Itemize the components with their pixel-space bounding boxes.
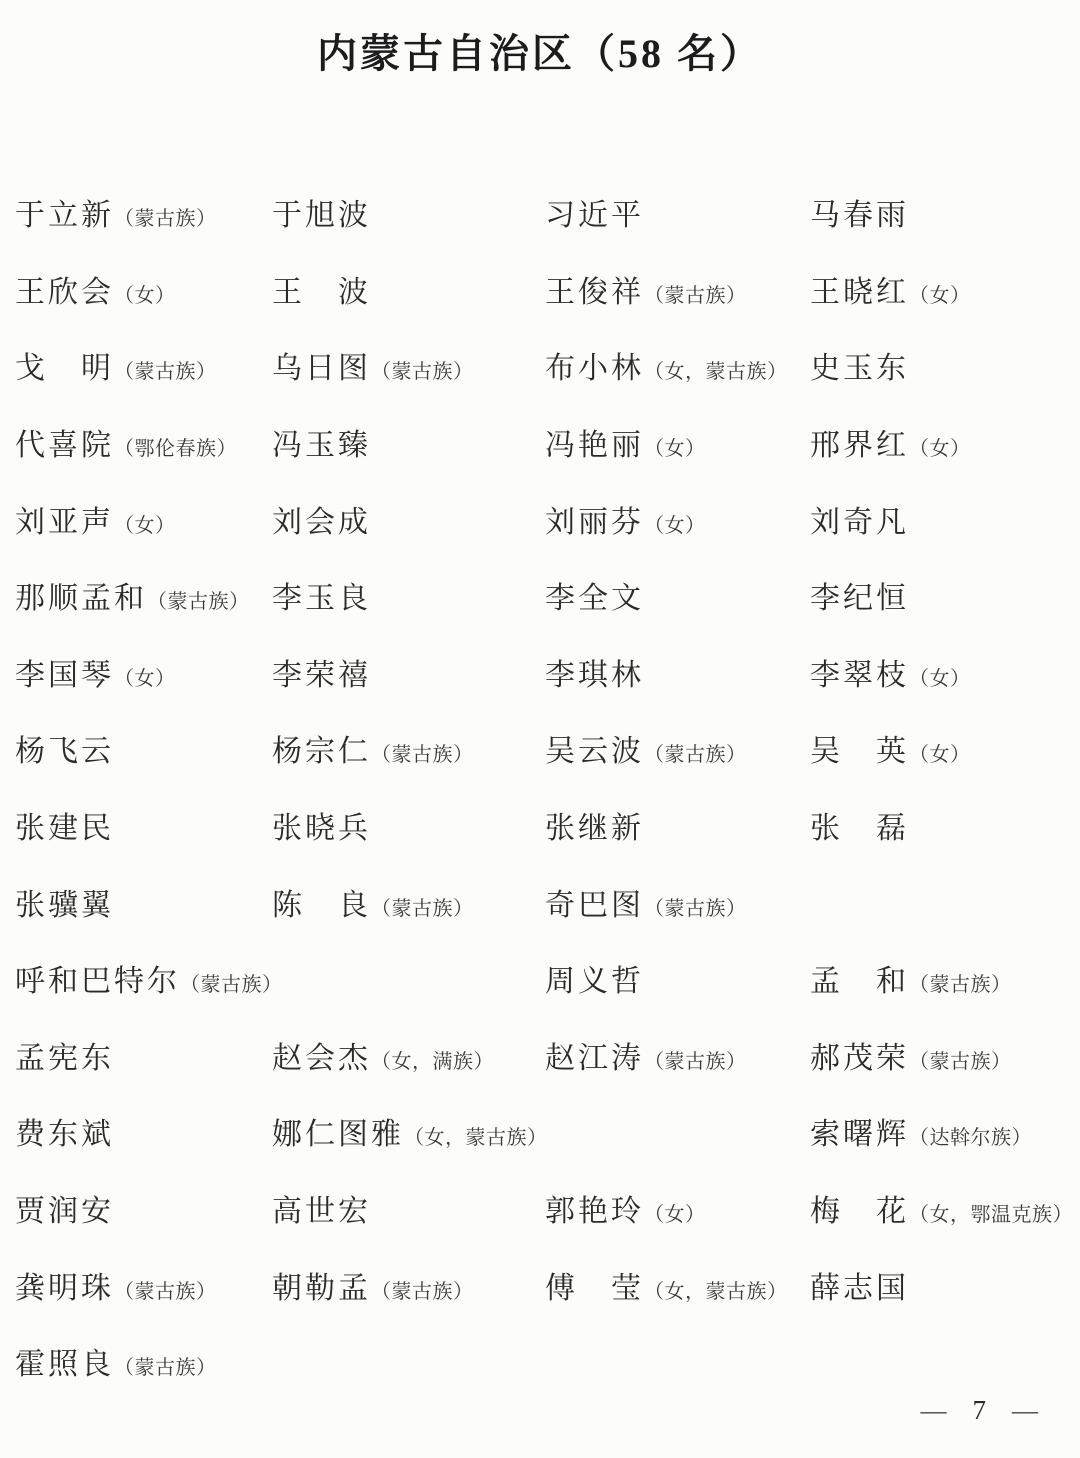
ethnicity-gender-note: （女） (909, 668, 971, 690)
delegate-name: 奇巴图 (545, 889, 644, 922)
delegate-entry: 赵江涛（蒙古族） (545, 1044, 810, 1074)
delegate-name: 王 波 (272, 276, 371, 309)
footer-dash-left: — (921, 1396, 947, 1426)
ethnicity-gender-note: （女，蒙古族） (644, 1281, 788, 1303)
ethnicity-gender-note: （蒙古族） (371, 1281, 474, 1303)
delegate-name: 刘亚声 (15, 506, 114, 539)
page-footer: — 7 — (921, 1395, 1039, 1426)
delegate-entry: 那顺孟和（蒙古族） (15, 584, 272, 614)
delegate-name: 史玉东 (810, 352, 909, 385)
delegate-name: 习近平 (545, 199, 644, 232)
delegate-entry: 娜仁图雅（女，蒙古族） (272, 1120, 545, 1150)
delegate-entry: 李国琴（女） (15, 661, 272, 691)
delegate-name: 李纪恒 (810, 582, 909, 615)
delegate-name: 贾润安 (15, 1195, 114, 1228)
delegate-name: 杨宗仁 (272, 735, 371, 768)
delegate-entry: 杨宗仁（蒙古族） (272, 737, 545, 767)
delegate-name: 李全文 (545, 582, 644, 615)
delegate-row: 霍照良（蒙古族） (15, 1327, 1075, 1404)
delegate-name: 刘丽芬 (545, 506, 644, 539)
delegate-row: 王欣会（女）王 波王俊祥（蒙古族）王晓红（女） (15, 255, 1075, 332)
delegate-entry: 乌日图（蒙古族） (272, 354, 545, 384)
ethnicity-gender-note: （女） (114, 515, 176, 537)
ethnicity-gender-note: （鄂伦春族） (114, 438, 237, 460)
delegate-row: 杨飞云杨宗仁（蒙古族）吴云波（蒙古族）吴 英（女） (15, 714, 1075, 791)
delegate-row: 代喜院（鄂伦春族）冯玉臻冯艳丽（女）邢界红（女） (15, 408, 1075, 485)
delegate-name: 吴云波 (545, 735, 644, 768)
delegate-name: 吴 英 (810, 735, 909, 768)
delegate-name: 王俊祥 (545, 276, 644, 309)
delegate-name: 李翠枝 (810, 659, 909, 692)
ethnicity-gender-note: （女） (909, 438, 971, 460)
delegate-name: 王晓红 (810, 276, 909, 309)
delegate-name: 李国琴 (15, 659, 114, 692)
delegate-entry: 薛志国 (810, 1274, 1075, 1304)
delegate-entry: 贾润安 (15, 1197, 272, 1227)
ethnicity-gender-note: （女） (114, 668, 176, 690)
delegate-row: 于立新（蒙古族）于旭波习近平马春雨 (15, 178, 1075, 255)
delegate-name: 梅 花 (810, 1195, 909, 1228)
delegate-name: 于立新 (15, 199, 114, 232)
delegate-entry: 费东斌 (15, 1120, 272, 1150)
delegate-entry: 布小林（女，蒙古族） (545, 354, 810, 384)
delegate-name: 乌日图 (272, 352, 371, 385)
delegate-name: 刘会成 (272, 506, 371, 539)
delegate-row: 刘亚声（女）刘会成刘丽芬（女）刘奇凡 (15, 484, 1075, 561)
delegate-name: 张晓兵 (272, 812, 371, 845)
delegate-name: 戈 明 (15, 352, 114, 385)
delegate-name: 郝茂荣 (810, 1042, 909, 1075)
delegate-entry: 于旭波 (272, 201, 545, 231)
delegate-row: 张建民张晓兵张继新张 磊 (15, 791, 1075, 868)
delegate-entry: 呼和巴特尔（蒙古族） (15, 967, 272, 997)
delegate-name: 霍照良 (15, 1348, 114, 1381)
delegate-row: 戈 明（蒙古族）乌日图（蒙古族）布小林（女，蒙古族）史玉东 (15, 331, 1075, 408)
delegate-entry: 吴 英（女） (810, 737, 1075, 767)
ethnicity-gender-note: （蒙古族） (644, 744, 747, 766)
delegate-entry: 孟宪东 (15, 1044, 272, 1074)
delegate-name: 赵会杰 (272, 1042, 371, 1075)
delegate-name: 孟宪东 (15, 1042, 114, 1075)
ethnicity-gender-note: （女，蒙古族） (404, 1127, 548, 1149)
delegate-entry: 马春雨 (810, 201, 1075, 231)
ethnicity-gender-note: （女，鄂温克族） (909, 1204, 1073, 1226)
ethnicity-gender-note: （蒙古族） (909, 1051, 1012, 1073)
ethnicity-gender-note: （蒙古族） (114, 1357, 217, 1379)
delegate-entry: 李琪林 (545, 661, 810, 691)
delegate-name: 张继新 (545, 812, 644, 845)
delegate-name: 李荣禧 (272, 659, 371, 692)
delegate-name: 冯玉臻 (272, 429, 371, 462)
delegate-entry: 于立新（蒙古族） (15, 201, 272, 231)
ethnicity-gender-note: （蒙古族） (180, 974, 283, 996)
delegate-name: 呼和巴特尔 (15, 965, 180, 998)
delegate-name: 张建民 (15, 812, 114, 845)
delegate-name: 张骥翼 (15, 889, 114, 922)
ethnicity-gender-note: （蒙古族） (147, 591, 250, 613)
delegate-entry: 朝勒孟（蒙古族） (272, 1274, 545, 1304)
delegate-name: 李玉良 (272, 582, 371, 615)
delegate-entry: 李玉良 (272, 584, 545, 614)
delegate-entry: 邢界红（女） (810, 431, 1075, 461)
delegate-entry: 史玉东 (810, 354, 1075, 384)
delegate-name: 那顺孟和 (15, 582, 147, 615)
delegate-entry: 习近平 (545, 201, 810, 231)
delegate-entry: 梅 花（女，鄂温克族） (810, 1197, 1075, 1227)
delegate-entry: 刘丽芬（女） (545, 508, 810, 538)
delegate-entry: 奇巴图（蒙古族） (545, 891, 810, 921)
delegate-name: 代喜院 (15, 429, 114, 462)
delegate-entry: 张晓兵 (272, 814, 545, 844)
delegate-row: 张骥翼陈 良（蒙古族）奇巴图（蒙古族） (15, 867, 1075, 944)
delegate-name: 赵江涛 (545, 1042, 644, 1075)
delegate-entry: 张骥翼 (15, 891, 272, 921)
delegate-row: 孟宪东赵会杰（女，满族）赵江涛（蒙古族）郝茂荣（蒙古族） (15, 1021, 1075, 1098)
delegate-name: 孟 和 (810, 965, 909, 998)
delegate-entry: 李荣禧 (272, 661, 545, 691)
delegate-entry: 索曙辉（达斡尔族） (810, 1120, 1075, 1150)
page-title: 内蒙古自治区（58 名） (0, 22, 1080, 79)
ethnicity-gender-note: （蒙古族） (114, 361, 217, 383)
delegate-grid: 于立新（蒙古族）于旭波习近平马春雨王欣会（女）王 波王俊祥（蒙古族）王晓红（女）… (15, 178, 1075, 1404)
delegate-name: 索曙辉 (810, 1118, 909, 1151)
delegate-entry: 王晓红（女） (810, 278, 1075, 308)
delegate-entry: 张建民 (15, 814, 272, 844)
delegate-row: 费东斌娜仁图雅（女，蒙古族）索曙辉（达斡尔族） (15, 1097, 1075, 1174)
footer-dash-right: — (1012, 1396, 1038, 1426)
delegate-name: 邢界红 (810, 429, 909, 462)
delegate-name: 陈 良 (272, 889, 371, 922)
delegate-entry: 李纪恒 (810, 584, 1075, 614)
ethnicity-gender-note: （女） (909, 285, 971, 307)
delegate-name: 郭艳玲 (545, 1195, 644, 1228)
ethnicity-gender-note: （蒙古族） (371, 898, 474, 920)
delegate-row: 李国琴（女）李荣禧李琪林李翠枝（女） (15, 638, 1075, 715)
ethnicity-gender-note: （女） (644, 1204, 706, 1226)
delegate-row: 那顺孟和（蒙古族）李玉良李全文李纪恒 (15, 561, 1075, 638)
ethnicity-gender-note: （蒙古族） (644, 898, 747, 920)
delegate-entry: 王欣会（女） (15, 278, 272, 308)
delegate-name: 傅 莹 (545, 1272, 644, 1305)
delegate-entry: 王俊祥（蒙古族） (545, 278, 810, 308)
ethnicity-gender-note: （女） (644, 515, 706, 537)
delegate-entry: 孟 和（蒙古族） (810, 967, 1075, 997)
delegate-entry: 刘亚声（女） (15, 508, 272, 538)
delegate-row: 呼和巴特尔（蒙古族）周义哲孟 和（蒙古族） (15, 944, 1075, 1021)
delegate-name: 朝勒孟 (272, 1272, 371, 1305)
delegate-entry: 冯玉臻 (272, 431, 545, 461)
delegate-name: 费东斌 (15, 1118, 114, 1151)
ethnicity-gender-note: （蒙古族） (114, 208, 217, 230)
delegate-entry: 高世宏 (272, 1197, 545, 1227)
delegate-entry: 刘奇凡 (810, 508, 1075, 538)
delegate-entry: 杨飞云 (15, 737, 272, 767)
ethnicity-gender-note: （蒙古族） (114, 1281, 217, 1303)
delegate-name: 高世宏 (272, 1195, 371, 1228)
ethnicity-gender-note: （蒙古族） (644, 285, 747, 307)
delegate-name: 张 磊 (810, 812, 909, 845)
delegate-entry: 龚明珠（蒙古族） (15, 1274, 272, 1304)
delegate-entry: 傅 莹（女，蒙古族） (545, 1274, 810, 1304)
delegate-row: 贾润安高世宏郭艳玲（女）梅 花（女，鄂温克族） (15, 1174, 1075, 1251)
delegate-entry: 王 波 (272, 278, 545, 308)
delegate-entry: 周义哲 (545, 967, 810, 997)
delegate-entry: 郝茂荣（蒙古族） (810, 1044, 1075, 1074)
delegate-name: 周义哲 (545, 965, 644, 998)
ethnicity-gender-note: （女） (909, 744, 971, 766)
ethnicity-gender-note: （女） (114, 285, 176, 307)
delegate-entry: 刘会成 (272, 508, 545, 538)
ethnicity-gender-note: （蒙古族） (371, 361, 474, 383)
delegate-name: 薛志国 (810, 1272, 909, 1305)
delegate-name: 马春雨 (810, 199, 909, 232)
ethnicity-gender-note: （蒙古族） (909, 974, 1012, 996)
delegate-name: 杨飞云 (15, 735, 114, 768)
ethnicity-gender-note: （女） (644, 438, 706, 460)
delegate-name: 布小林 (545, 352, 644, 385)
delegate-name: 于旭波 (272, 199, 371, 232)
delegate-entry: 吴云波（蒙古族） (545, 737, 810, 767)
delegate-entry: 陈 良（蒙古族） (272, 891, 545, 921)
delegate-entry: 张继新 (545, 814, 810, 844)
delegate-name: 龚明珠 (15, 1272, 114, 1305)
ethnicity-gender-note: （蒙古族） (371, 744, 474, 766)
ethnicity-gender-note: （女，满族） (371, 1051, 494, 1073)
delegate-entry: 霍照良（蒙古族） (15, 1350, 272, 1380)
delegate-name: 刘奇凡 (810, 506, 909, 539)
delegate-entry: 赵会杰（女，满族） (272, 1044, 545, 1074)
delegate-name: 冯艳丽 (545, 429, 644, 462)
delegate-entry: 李全文 (545, 584, 810, 614)
page-number: 7 (973, 1395, 987, 1426)
delegate-row: 龚明珠（蒙古族）朝勒孟（蒙古族）傅 莹（女，蒙古族）薛志国 (15, 1250, 1075, 1327)
delegate-name: 李琪林 (545, 659, 644, 692)
ethnicity-gender-note: （蒙古族） (644, 1051, 747, 1073)
delegate-name: 王欣会 (15, 276, 114, 309)
delegate-entry: 戈 明（蒙古族） (15, 354, 272, 384)
delegate-name: 娜仁图雅 (272, 1118, 404, 1151)
ethnicity-gender-note: （女，蒙古族） (644, 361, 788, 383)
delegate-entry: 李翠枝（女） (810, 661, 1075, 691)
delegate-entry: 张 磊 (810, 814, 1075, 844)
delegate-entry: 冯艳丽（女） (545, 431, 810, 461)
delegate-entry: 郭艳玲（女） (545, 1197, 810, 1227)
document-page: 内蒙古自治区（58 名） 于立新（蒙古族）于旭波习近平马春雨王欣会（女）王 波王… (0, 0, 1080, 1458)
ethnicity-gender-note: （达斡尔族） (909, 1127, 1032, 1149)
delegate-entry: 代喜院（鄂伦春族） (15, 431, 272, 461)
